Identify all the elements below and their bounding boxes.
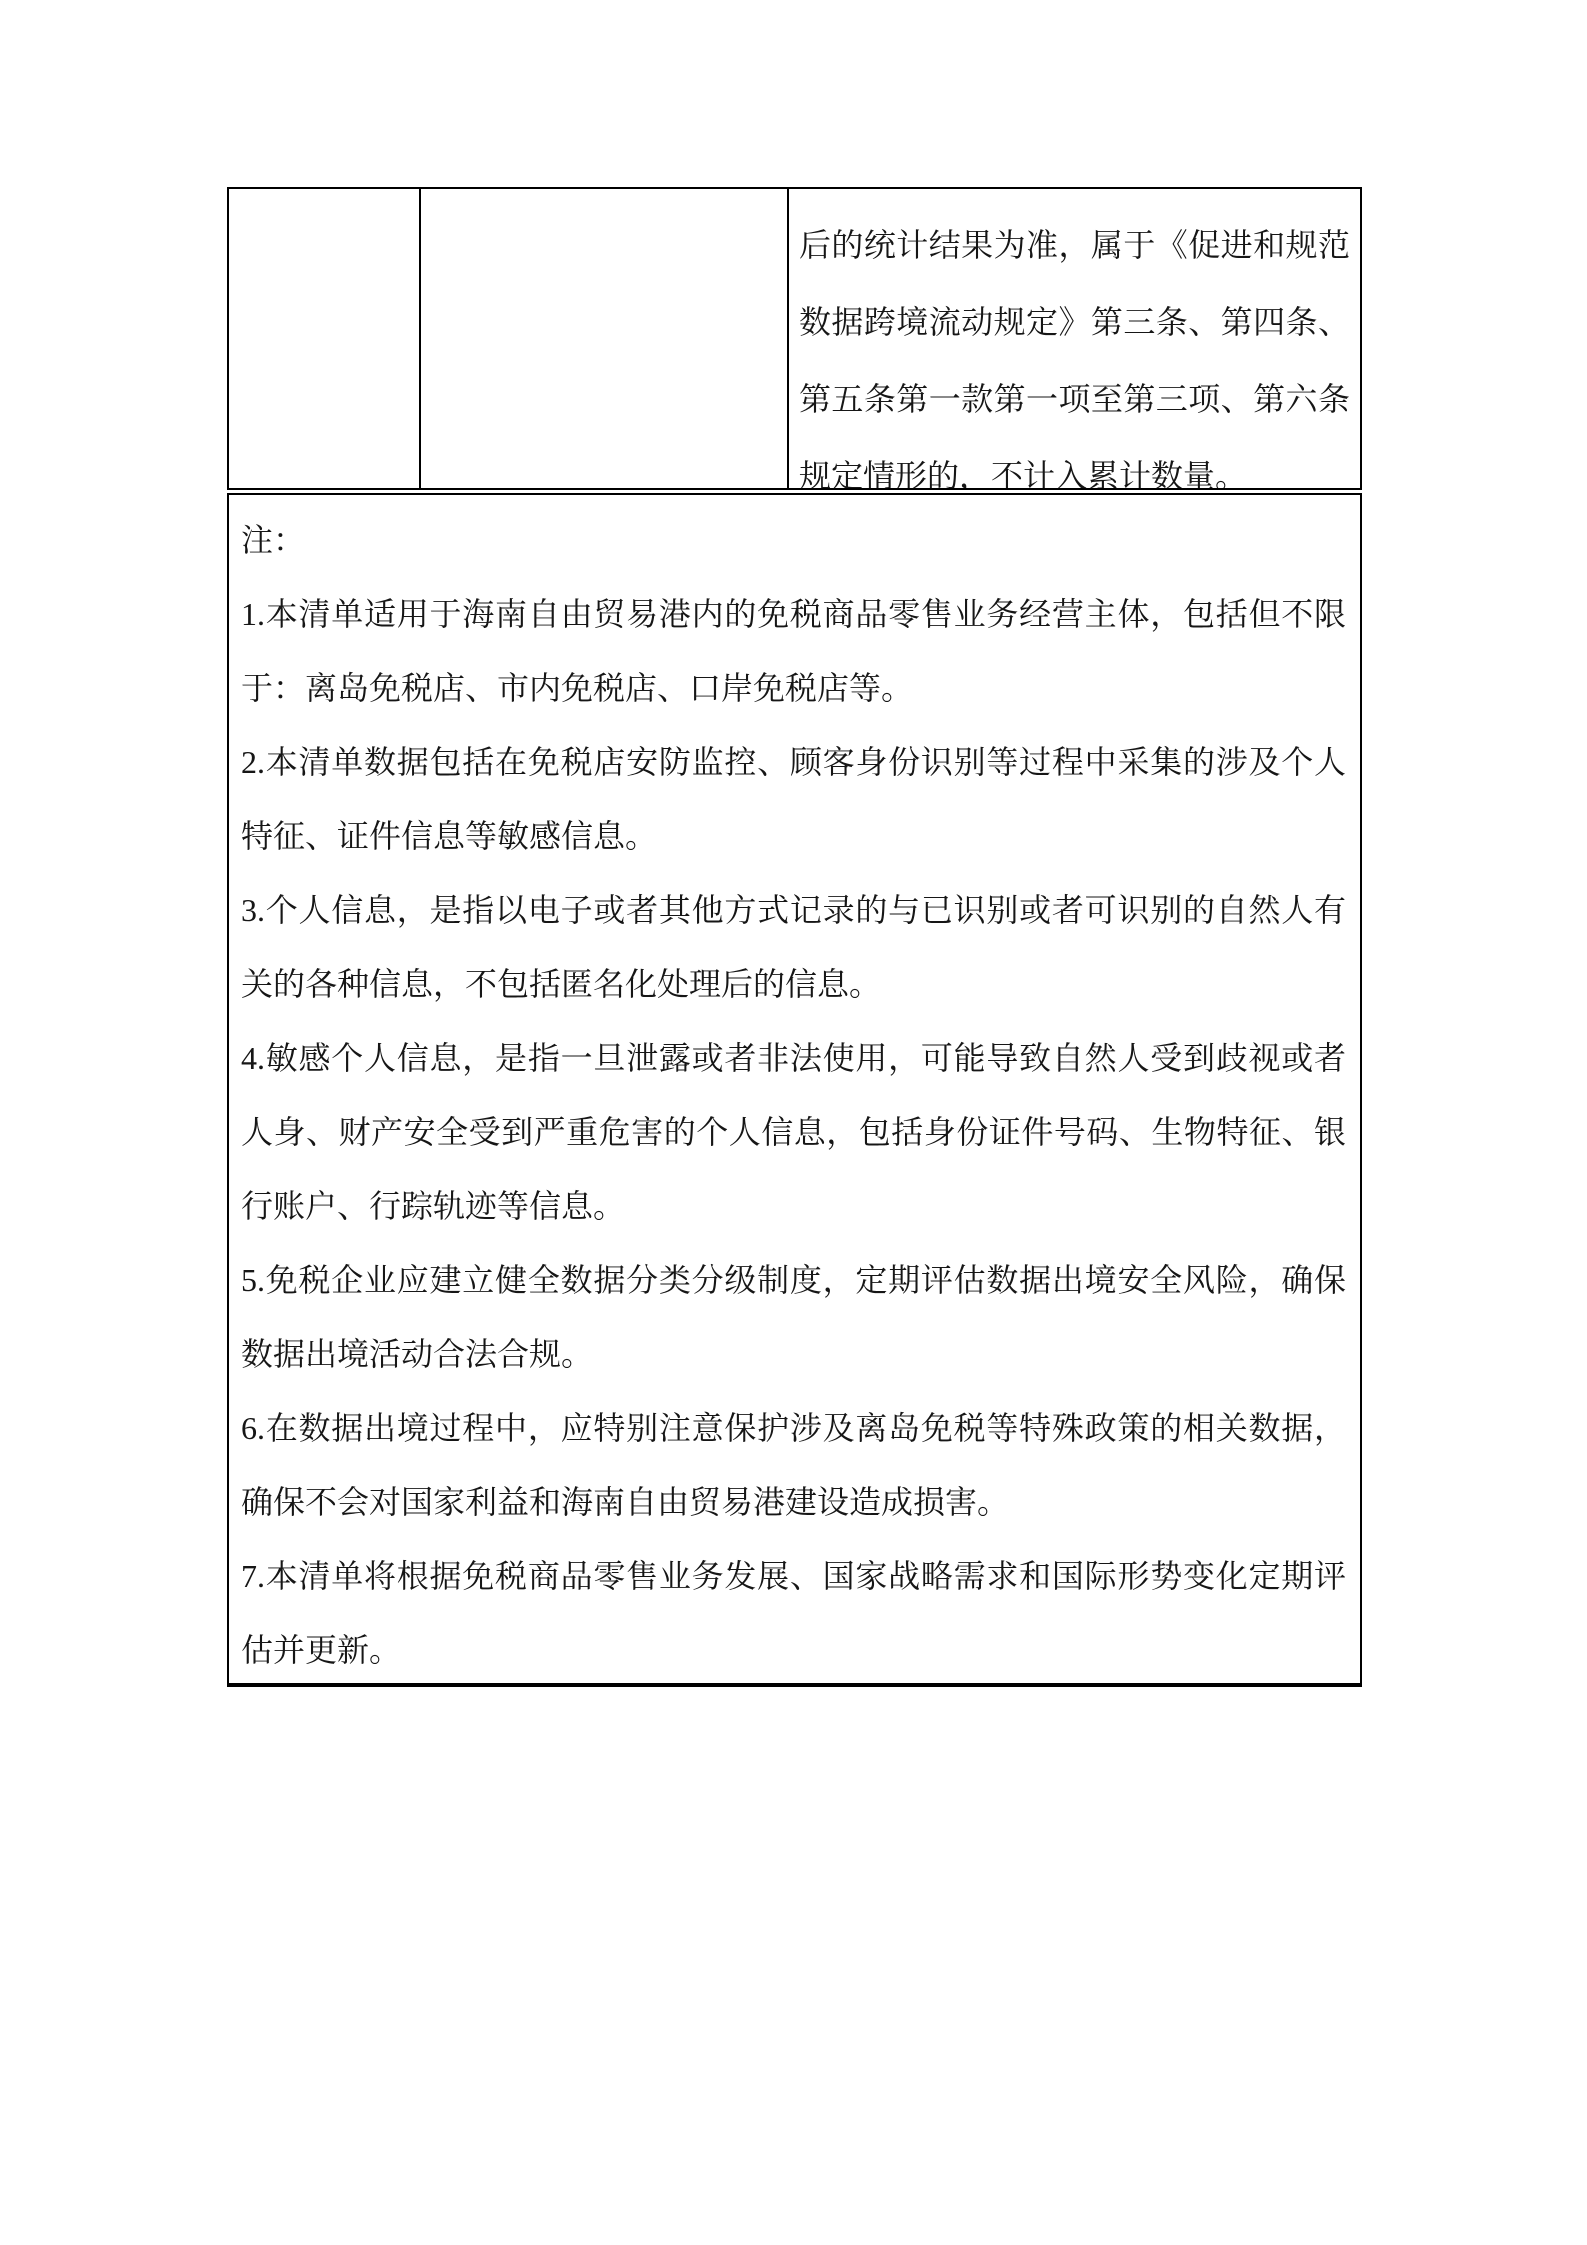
table-cell-empty-2	[421, 189, 789, 488]
table-cell-empty-1	[229, 189, 421, 488]
note-item-1: 1.本清单适用于海南自由贸易港内的免税商品零售业务经营主体，包括但不限于：离岛免…	[241, 577, 1346, 725]
notes-label: 注：	[241, 503, 1346, 577]
table-cell-regulation-text: 后的统计结果为准，属于《促进和规范数据跨境流动规定》第三条、第四条、第五条第一款…	[789, 189, 1360, 488]
note-item-6: 6.在数据出境过程中，应特别注意保护涉及离岛免税等特殊政策的相关数据，确保不会对…	[241, 1391, 1346, 1539]
note-item-3: 3.个人信息，是指以电子或者其他方式记录的与已识别或者可识别的自然人有关的各种信…	[241, 873, 1346, 1021]
note-item-7: 7.本清单将根据免税商品零售业务发展、国家战略需求和国际形势变化定期评估并更新。	[241, 1539, 1346, 1687]
table-continuation-row: 后的统计结果为准，属于《促进和规范数据跨境流动规定》第三条、第四条、第五条第一款…	[227, 187, 1362, 490]
note-item-4: 4.敏感个人信息，是指一旦泄露或者非法使用，可能导致自然人受到歧视或者人身、财产…	[241, 1021, 1346, 1243]
notes-section: 注： 1.本清单适用于海南自由贸易港内的免税商品零售业务经营主体，包括但不限于：…	[227, 493, 1362, 1687]
note-item-5: 5.免税企业应建立健全数据分类分级制度，定期评估数据出境安全风险，确保数据出境活…	[241, 1243, 1346, 1391]
document-body: 后的统计结果为准，属于《促进和规范数据跨境流动规定》第三条、第四条、第五条第一款…	[227, 187, 1362, 1687]
note-item-2: 2.本清单数据包括在免税店安防监控、顾客身份识别等过程中采集的涉及个人特征、证件…	[241, 725, 1346, 873]
